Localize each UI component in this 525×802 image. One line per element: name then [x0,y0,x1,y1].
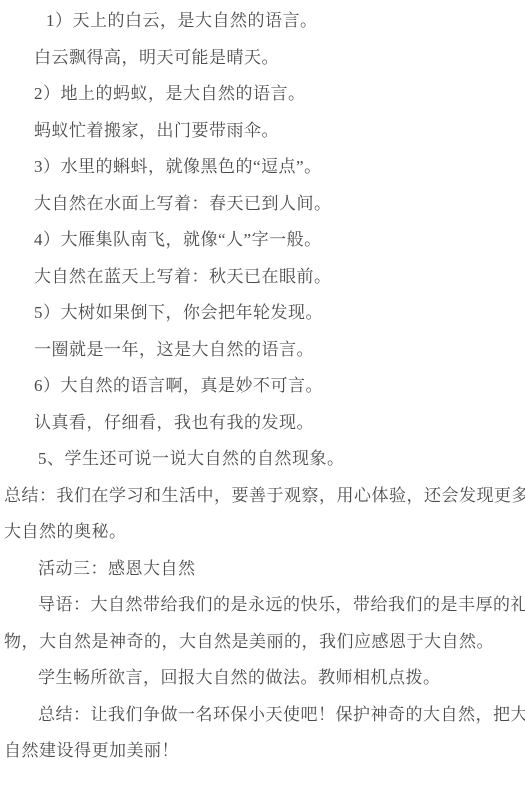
text-line: 总结：让我们争做一名环保小天使吧！保护神奇的大自然，把大 [0,697,525,734]
text-line: 5）大树如果倒下，你会把年轮发现。 [0,295,525,332]
text-line: 总结：我们在学习和生活中，要善于观察，用心体验，还会发现更多 [0,478,525,515]
text-line: 蚂蚁忙着搬家，出门要带雨伞。 [0,113,525,150]
text-line: 认真看，仔细看，我也有我的发现。 [0,405,525,442]
text-line: 6）大自然的语言啊，真是妙不可言。 [0,368,525,405]
text-line: 活动三：感恩大自然 [0,551,525,588]
text-line: 一圈就是一年，这是大自然的语言。 [0,332,525,369]
text-line: 2）地上的蚂蚁，是大自然的语言。 [0,76,525,113]
text-line: 学生畅所欲言，回报大自然的做法。教师相机点拨。 [0,660,525,697]
text-line: 大自然在水面上写着：春天已到人间。 [0,186,525,223]
text-line: 白云飘得高，明天可能是晴天。 [0,40,525,77]
text-line: 3）水里的蝌蚪，就像黑色的“逗点”。 [0,149,525,186]
text-line: 自然建设得更加美丽！ [0,733,525,770]
text-line: 1）天上的白云，是大自然的语言。 [0,3,525,40]
document-page: 1）天上的白云，是大自然的语言。 白云飘得高，明天可能是晴天。 2）地上的蚂蚁，… [0,0,525,802]
text-line: 5、学生还可说一说大自然的自然现象。 [0,441,525,478]
text-line: 大自然在蓝天上写着：秋天已在眼前。 [0,259,525,296]
text-line: 导语：大自然带给我们的是永远的快乐，带给我们的是丰厚的礼 [0,587,525,624]
text-line: 大自然的奥秘。 [0,514,525,551]
text-line: 物，大自然是神奇的，大自然是美丽的，我们应感恩于大自然。 [0,624,525,661]
text-line: 4）大雁集队南飞，就像“人”字一般。 [0,222,525,259]
